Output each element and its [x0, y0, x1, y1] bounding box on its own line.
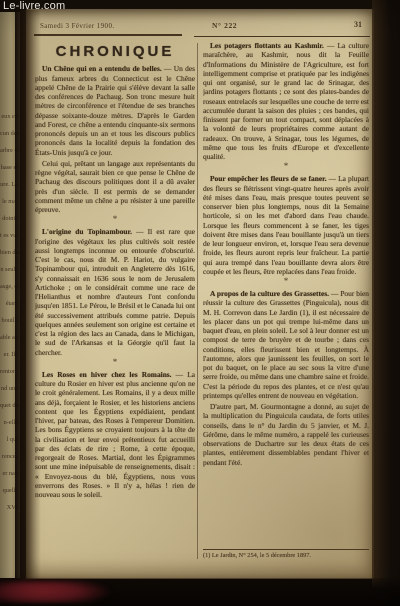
edge-text-fragment: arbre ct: [0, 142, 18, 159]
edge-text-fragment: renton-: [0, 363, 18, 380]
edge-text-fragment: eux en: [0, 108, 18, 125]
article-body: — La culture maraîchère, au Kashmir, nou…: [203, 41, 369, 161]
article-kashmir: Les potagers flottants au Kashmir. — La …: [203, 41, 369, 161]
issue-date: Samedi 3 Février 1900.: [40, 22, 115, 30]
article-oak-continued: Celui qui, prêtant un langage aux représ…: [35, 159, 195, 215]
article-body: Celui qui, prêtant un langage aux représ…: [35, 159, 195, 214]
edge-text-fragment: nd une: [0, 380, 18, 397]
section-separator: *: [203, 278, 369, 285]
edge-text-fragment: XVI: [0, 499, 18, 516]
photo-dark-edge: [372, 0, 400, 606]
article-body: — Un des plus fameux arbres du Connectic…: [35, 64, 195, 156]
journal-page: Samedi 3 Février 1900. N° 222 31 CHRONIQ…: [26, 9, 374, 579]
section-separator: *: [35, 216, 195, 223]
lelivre-watermark: Le-livre.com: [3, 0, 65, 12]
edge-text-fragment: rences: [0, 448, 18, 465]
edge-text-fragment: le ma-: [0, 193, 18, 210]
article-oak: Un Chêne qui en a entendu de belles. — U…: [35, 64, 195, 157]
section-separator: *: [203, 163, 369, 170]
edge-text-fragment: l qui: [0, 431, 18, 448]
article-grassettes: A propos de la culture des Grassettes. —…: [203, 289, 369, 400]
article-fleurs-faner: Pour empêcher les fleurs de se faner. — …: [203, 174, 369, 276]
article-heading: A propos de la culture des Grassettes.: [210, 289, 329, 298]
article-heading: Un Chêne qui en a entendu de belles.: [42, 64, 162, 73]
footnote: (1) Le Jardin, N° 254, le 5 décembre 189…: [203, 549, 369, 559]
article-roses-romains: Les Roses en hiver chez les Romains. — L…: [35, 370, 195, 500]
article-body: — La plupart des fleurs se flétrissent v…: [203, 174, 369, 276]
article-body: — La culture du Rosier en hiver est plus…: [35, 370, 195, 499]
article-topinambour: L'origine du Topinambour. — Il est rare …: [35, 227, 195, 357]
article-heading: Pour empêcher les fleurs de se faner.: [210, 174, 327, 183]
edge-text-fragment: cun des: [0, 125, 18, 142]
header-rule-left: [34, 34, 182, 36]
edge-text-fragment: bien des: [0, 244, 18, 261]
edge-text-fragment: er. Ile: [0, 346, 18, 363]
chronique-title: CHRONIQUE: [35, 47, 195, 56]
edge-text-fragments: eux en cun des arbre ct hase et ure. La …: [0, 12, 20, 516]
photo-bottom-edge: [0, 578, 400, 606]
article-body: — Il est rare que l'origine des végétaux…: [35, 227, 195, 356]
edge-text-fragment: n seule: [0, 261, 18, 278]
article-body: D'autre part, M. Gourmontagne a donné, a…: [203, 402, 369, 467]
edge-text-fragment: quet de: [0, 397, 18, 414]
edge-text-fragment: hase et: [0, 159, 18, 176]
book-scan-photo: Le-livre.com eux en cun des arbre ct has…: [0, 0, 400, 606]
edge-text-fragment: quelle: [0, 482, 18, 499]
edge-text-fragment: t es vul: [0, 227, 18, 244]
right-column: Les potagers flottants au Kashmir. — La …: [203, 41, 369, 541]
article-body: — Pour bien réussir la culture des Grass…: [203, 289, 369, 400]
article-grassettes-continued: D'autre part, M. Gourmontagne a donné, a…: [203, 402, 369, 467]
article-heading: L'origine du Topinambour.: [42, 227, 132, 236]
edge-text-fragment: étant: [0, 295, 18, 312]
page-number: 31: [354, 20, 362, 29]
column-divider: [197, 43, 198, 559]
article-heading: Les Roses en hiver chez les Romains.: [42, 370, 172, 379]
edge-text-fragment: able au: [0, 329, 18, 346]
left-column: CHRONIQUE Un Chêne qui en a entendu de b…: [35, 41, 195, 573]
edge-text-fragment: bouilli: [0, 312, 18, 329]
issue-number: N° 222: [212, 21, 237, 30]
edge-text-fragment: dointé: [0, 210, 18, 227]
header-rule-right: [194, 36, 370, 37]
previous-page-edge: eux en cun des arbre ct hase et ure. La …: [0, 12, 20, 578]
edge-text-fragment: ure. La: [0, 176, 18, 193]
section-separator: *: [35, 359, 195, 366]
edge-text-fragment: er nau: [0, 465, 18, 482]
article-heading: Les potagers flottants au Kashmir.: [210, 41, 324, 50]
book-spine-red: [0, 581, 112, 603]
edge-text-fragment: asge, et: [0, 278, 18, 295]
edge-text-fragment: n-elle: [0, 414, 18, 431]
